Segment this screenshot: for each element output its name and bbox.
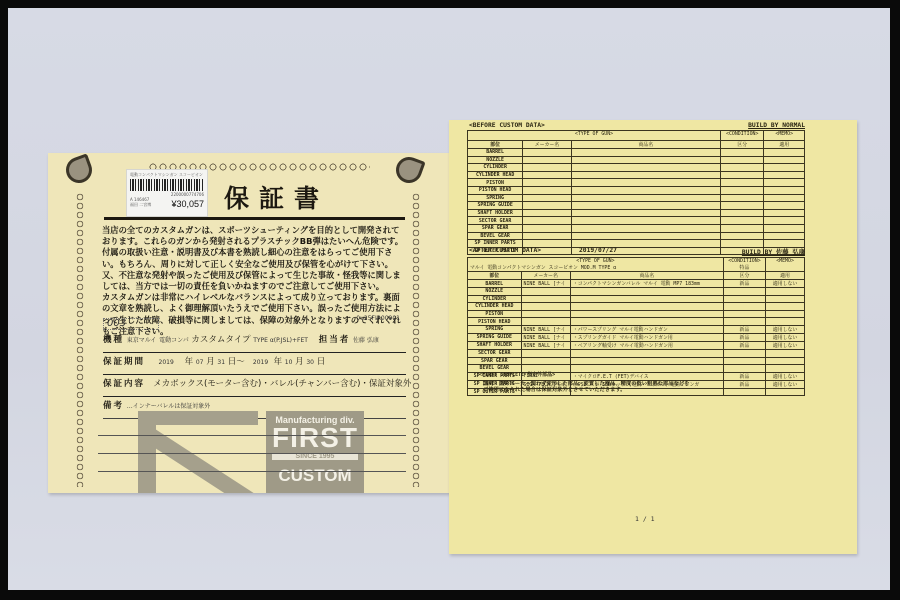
cell-part: PISTON HEAD	[468, 186, 523, 194]
cell-category	[723, 349, 765, 357]
stamp-graphic	[138, 411, 258, 493]
cell-part: PISTON	[468, 310, 522, 318]
table-row: SPRING	[468, 194, 805, 202]
model-type: 電動コンパ	[159, 337, 189, 344]
type-of-gun-cell: <TYPE OF GUN>	[468, 131, 721, 141]
type-of-gun-cell: <TYPE OF GUN>マルイ 電動コンパクトマシンガン スコーピオン MOD…	[468, 258, 724, 272]
col-category: 区分	[723, 272, 765, 280]
cell-product	[571, 232, 720, 240]
year-unit: 年	[185, 357, 194, 367]
cell-maker	[521, 357, 570, 365]
cell-product	[571, 186, 720, 194]
cell-apply: 適用しない	[766, 372, 805, 380]
period-label: 保証期間	[103, 357, 145, 367]
barcode-icon	[130, 179, 204, 191]
cell-maker	[523, 149, 571, 157]
cell-maker	[521, 295, 570, 303]
cell-apply	[764, 149, 805, 157]
table-row: SECTOR GEAR	[468, 217, 805, 225]
cell-apply	[766, 303, 805, 311]
cell-category	[720, 217, 763, 225]
cell-maker	[521, 318, 570, 326]
cell-part: PISTON HEAD	[468, 318, 522, 326]
to-year: 2019	[253, 359, 268, 366]
cell-part: CYLINDER	[468, 295, 522, 303]
cell-product: ・マイクロF.E.T (FET)デバイス	[570, 372, 723, 380]
first-complete-note: 国内・国外メーカー問わず変形した部品、変質した部品、精度の低い粗悪な部品などを …	[483, 381, 689, 394]
title-divider	[104, 217, 405, 220]
table-header-row: 部位 メーカー名 商品名 区分 適用	[468, 272, 805, 280]
cell-apply	[764, 224, 805, 232]
cell-category	[723, 288, 765, 296]
after-date: 2019/07/27	[579, 247, 617, 254]
cell-maker	[521, 310, 570, 318]
cell-category	[720, 232, 763, 240]
cell-part: CYLINDER HEAD	[468, 303, 522, 311]
table-header-row: 部位 メーカー名 商品名 区分 適用	[468, 141, 805, 149]
ornament-corner-icon	[62, 153, 95, 186]
cell-apply	[766, 318, 805, 326]
table-row: SHAFT HOLDERNINE BALL [ナイ・ベアリング軸受け マルイ電動…	[468, 341, 805, 349]
cell-part: SPRING	[468, 194, 523, 202]
custom-type-value: TYPE α(P.JSL)+FET	[253, 337, 308, 344]
cell-apply	[766, 388, 805, 396]
cell-apply: 適用しない	[766, 380, 805, 388]
cell-apply	[766, 295, 805, 303]
memo-cell: <MEMO>	[766, 258, 805, 272]
decorative-border-left	[76, 193, 84, 487]
condition-cell: <CONDITION>	[720, 131, 763, 141]
cell-apply	[764, 156, 805, 164]
table-row: PISTON HEAD	[468, 186, 805, 194]
cell-maker	[523, 186, 571, 194]
cell-category	[720, 209, 763, 217]
cell-category	[723, 357, 765, 365]
day-unit: 日	[317, 357, 326, 367]
cell-apply	[766, 288, 805, 296]
cell-category	[723, 318, 765, 326]
table-row: CYLINDER HEAD	[468, 303, 805, 311]
model-row: 機種 東京マルイ 電動コンパ カスタムタイプ TYPE α(P.JSL)+FET…	[103, 333, 406, 353]
cell-product	[571, 171, 720, 179]
model-label: 機種	[103, 335, 124, 345]
table-row: PISTON	[468, 310, 805, 318]
cell-maker	[523, 232, 571, 240]
cell-category	[720, 186, 763, 194]
table-row: BARRELNINE BALL [ナイ・コンパクトマシンガンバレル マルイ 電動…	[468, 280, 805, 288]
cell-product: ・ベアリング軸受け マルイ電動ハンドガン用	[570, 341, 723, 349]
col-apply: 適用	[764, 141, 805, 149]
first-custom-logo-stamp: Manufacturing div. FIRST SINCE 1995 CUST…	[138, 411, 364, 493]
notes-label: 備考	[103, 401, 124, 411]
col-product: 商品名	[571, 141, 720, 149]
cell-maker	[523, 171, 571, 179]
cell-category	[723, 303, 765, 311]
cell-part: SPAR GEAR	[468, 357, 522, 365]
custom-data-sheet: <BEFORE CUSTOM DATA> BUILD BY NORMAL <TY…	[449, 120, 857, 554]
model-maker: 東京マルイ	[127, 337, 157, 344]
cell-category	[720, 202, 763, 210]
cell-maker	[523, 217, 571, 225]
table-row: PISTON HEAD	[468, 318, 805, 326]
table-row: SPRING GUIDE	[468, 202, 805, 210]
cell-product	[571, 149, 720, 157]
cell-product: ・スプリングガイド マルイ電動ハンドガン用	[570, 333, 723, 341]
cell-category	[720, 164, 763, 172]
after-section-header: <AFTER CUSTOM DATA> 2019/07/27 BUILD BY …	[469, 247, 805, 256]
col-apply: 適用	[766, 272, 805, 280]
cell-product	[570, 310, 723, 318]
notes-handwritten: …インナーバレルは保証対象外	[127, 403, 211, 410]
from-year: 2019	[159, 359, 174, 366]
cell-maker: NINE BALL [ナイ	[521, 325, 570, 333]
to-day: 30	[306, 359, 314, 366]
cell-apply: 適用しない	[766, 333, 805, 341]
scope-label: 保証内容	[103, 379, 145, 389]
cell-maker: NINE BALL [ナイ	[521, 333, 570, 341]
table-row: BEVEL GEAR	[468, 232, 805, 240]
table-row: SHAFT HOLDER	[468, 209, 805, 217]
table-row: SPRINGNINE BALL [ナイ・パワースプリング マルイ電動ハンドガン新…	[468, 325, 805, 333]
cell-part: BARREL	[468, 149, 523, 157]
cell-product	[570, 303, 723, 311]
cell-apply	[766, 365, 805, 373]
cell-part: SPAR GEAR	[468, 224, 523, 232]
cell-product	[570, 318, 723, 326]
staff-label: 担当者	[319, 335, 351, 345]
cell-category	[720, 156, 763, 164]
cell-part: SECTOR GEAR	[468, 217, 523, 225]
cell-category: 新品	[723, 341, 765, 349]
cell-part: PISTON	[468, 179, 523, 187]
month-unit: 月	[206, 357, 215, 367]
range-separator: 〜	[236, 357, 245, 367]
table-row: CYLINDER	[468, 295, 805, 303]
cell-category: 新品	[723, 372, 765, 380]
cell-maker	[521, 303, 570, 311]
cell-part: NOZZLE	[468, 156, 523, 164]
month-unit: 月	[295, 357, 304, 367]
cell-apply: 適用しない	[766, 280, 805, 288]
cell-category: 新品	[723, 280, 765, 288]
cell-apply: 適用しない	[766, 325, 805, 333]
cell-category	[720, 179, 763, 187]
serial-number: 0u25FIR00901	[356, 315, 400, 322]
cell-category	[723, 295, 765, 303]
table-row: NOZZLE	[468, 288, 805, 296]
cell-product	[570, 365, 723, 373]
cell-category	[723, 365, 765, 373]
photo-frame: 電動コンパクトマシンガン スコーピオン 2200000774706 A 1464…	[0, 0, 900, 600]
cell-category: 新品	[723, 325, 765, 333]
from-day: 31	[217, 359, 225, 366]
table-row: BARREL	[468, 149, 805, 157]
table-row: SPAR GEAR	[468, 224, 805, 232]
cell-maker	[523, 202, 571, 210]
table-row: SPAR GEAR	[468, 357, 805, 365]
cell-maker	[523, 179, 571, 187]
col-part: 部位	[468, 272, 522, 280]
warranty-period-row: 保証期間 2019 年 07 月 31 日〜 2019 年 10 月 30 日	[103, 355, 406, 375]
cell-product	[570, 288, 723, 296]
table-row: SPRING GUIDENINE BALL [ナイ・スプリングガイド マルイ電動…	[468, 333, 805, 341]
cell-category	[723, 310, 765, 318]
price-tag-item-name: 電動コンパクトマシンガン スコーピオン	[130, 172, 204, 177]
price: ¥30,057	[171, 202, 204, 207]
price-tag-sticker: 電動コンパクトマシンガン スコーピオン 2200000774706 A 1464…	[126, 169, 208, 217]
ornament-corner-icon	[392, 153, 425, 186]
logo-brand: FIRST	[266, 425, 364, 451]
cell-product	[571, 202, 720, 210]
condition-cell: <CONDITION>特品	[723, 258, 765, 272]
first-logo: Manufacturing div. FIRST SINCE 1995 CUST…	[266, 411, 364, 493]
blank-line	[98, 453, 406, 454]
cell-part: BEVEL GEAR	[468, 232, 523, 240]
cell-product: ・コンパクトマシンガンバレル マルイ 電動 MP7 183mm	[570, 280, 723, 288]
cell-category: 新品	[723, 333, 765, 341]
cell-product	[571, 217, 720, 225]
cell-apply	[764, 179, 805, 187]
col-category: 区分	[720, 141, 763, 149]
cell-part: CYLINDER	[468, 164, 523, 172]
note-line: ご使用になられた場合は保証対象外とさせていただきます。	[483, 387, 689, 393]
table-row: NOZZLE	[468, 156, 805, 164]
warranty-certificate: 電動コンパクトマシンガン スコーピオン 2200000774706 A 1464…	[48, 153, 450, 493]
cell-part: SPRING GUIDE	[468, 333, 522, 341]
staff-name: 佐藤 弘康	[353, 337, 379, 344]
cell-apply	[764, 186, 805, 194]
logo-since: SINCE 1995	[272, 453, 358, 460]
store-name: 福田 二宮博	[130, 202, 151, 207]
cell-maker	[523, 209, 571, 217]
page-number: 1 / 1	[635, 515, 655, 523]
cell-apply	[764, 202, 805, 210]
cell-part: CYLINDER HEAD	[468, 171, 523, 179]
cell-maker	[523, 164, 571, 172]
to-month: 10	[285, 359, 293, 366]
cell-part: BARREL	[468, 280, 522, 288]
cell-part: SHAFT HOLDER	[468, 209, 523, 217]
cell-apply	[764, 194, 805, 202]
year-unit: 年	[274, 357, 283, 367]
cell-apply	[764, 232, 805, 240]
scope-text: メカボックス(モーター含む)・バレル(チャンバー含む)・保証対象外	[153, 379, 411, 389]
custom-type-label: カスタムタイプ	[191, 335, 250, 345]
cell-apply	[764, 171, 805, 179]
cell-product	[570, 349, 723, 357]
cell-product	[571, 156, 720, 164]
certificate-title: 保証書	[224, 179, 329, 215]
cell-maker	[523, 194, 571, 202]
blank-line	[98, 435, 406, 436]
cell-apply	[766, 310, 805, 318]
cell-product	[571, 209, 720, 217]
table-row: PISTON	[468, 179, 805, 187]
logo-custom: CUSTOM	[266, 466, 364, 486]
cell-product	[571, 179, 720, 187]
col-maker: メーカー名	[523, 141, 571, 149]
cell-apply: 適用しない	[766, 341, 805, 349]
cell-maker	[521, 349, 570, 357]
cell-category	[720, 149, 763, 157]
col-part: 部位	[468, 141, 523, 149]
cell-maker: NINE BALL [ナイ	[521, 341, 570, 349]
decorative-border-right	[412, 193, 420, 487]
day-unit: 日	[228, 357, 237, 367]
cell-part: SPRING	[468, 325, 522, 333]
cell-maker	[521, 288, 570, 296]
body-paragraph: 当店の全てのカスタムガンは、スポーツシューティングを目的として開発されております…	[102, 225, 406, 292]
table-row: CYLINDER HEAD	[468, 171, 805, 179]
cell-product	[570, 295, 723, 303]
cell-part: NOZZLE	[468, 288, 522, 296]
after-title: <AFTER CUSTOM DATA>	[469, 247, 541, 256]
cell-maker	[523, 224, 571, 232]
cell-category	[720, 194, 763, 202]
after-build-by: BUILD BY 佐藤 弘康	[742, 247, 805, 256]
cell-part: SPRING GUIDE	[468, 202, 523, 210]
cell-apply	[766, 357, 805, 365]
from-month: 07	[196, 359, 204, 366]
cell-category	[723, 388, 765, 396]
cell-apply	[766, 349, 805, 357]
cell-part: SECTOR GEAR	[468, 349, 522, 357]
cell-product	[570, 357, 723, 365]
cell-apply	[764, 164, 805, 172]
col-maker: メーカー名	[521, 272, 570, 280]
first-complete-title: <FIRST COMPLETE 指定外部品>	[479, 371, 555, 378]
warranty-scope-row: 保証内容 メカボックス(モーター含む)・バレル(チャンバー含む)・保証対象外	[103, 377, 406, 397]
memo-cell: <MEMO>	[764, 131, 805, 141]
before-custom-table: <TYPE OF GUN> <CONDITION> <MEMO> 部位 メーカー…	[467, 130, 805, 255]
blank-line	[98, 471, 406, 472]
cell-apply	[764, 217, 805, 225]
cell-category	[720, 171, 763, 179]
cell-category: 新品	[723, 380, 765, 388]
cell-product	[571, 164, 720, 172]
cell-maker	[523, 156, 571, 164]
table-row: CYLINDER	[468, 164, 805, 172]
cell-part: SHAFT HOLDER	[468, 341, 522, 349]
cell-maker: NINE BALL [ナイ	[521, 280, 570, 288]
cell-product: ・パワースプリング マルイ電動ハンドガン	[570, 325, 723, 333]
cell-category	[720, 224, 763, 232]
table-row: SECTOR GEAR	[468, 349, 805, 357]
cell-product	[571, 194, 720, 202]
col-product: 商品名	[570, 272, 723, 280]
cell-product	[571, 224, 720, 232]
cell-apply	[764, 209, 805, 217]
certificate-number: 003	[103, 318, 159, 330]
